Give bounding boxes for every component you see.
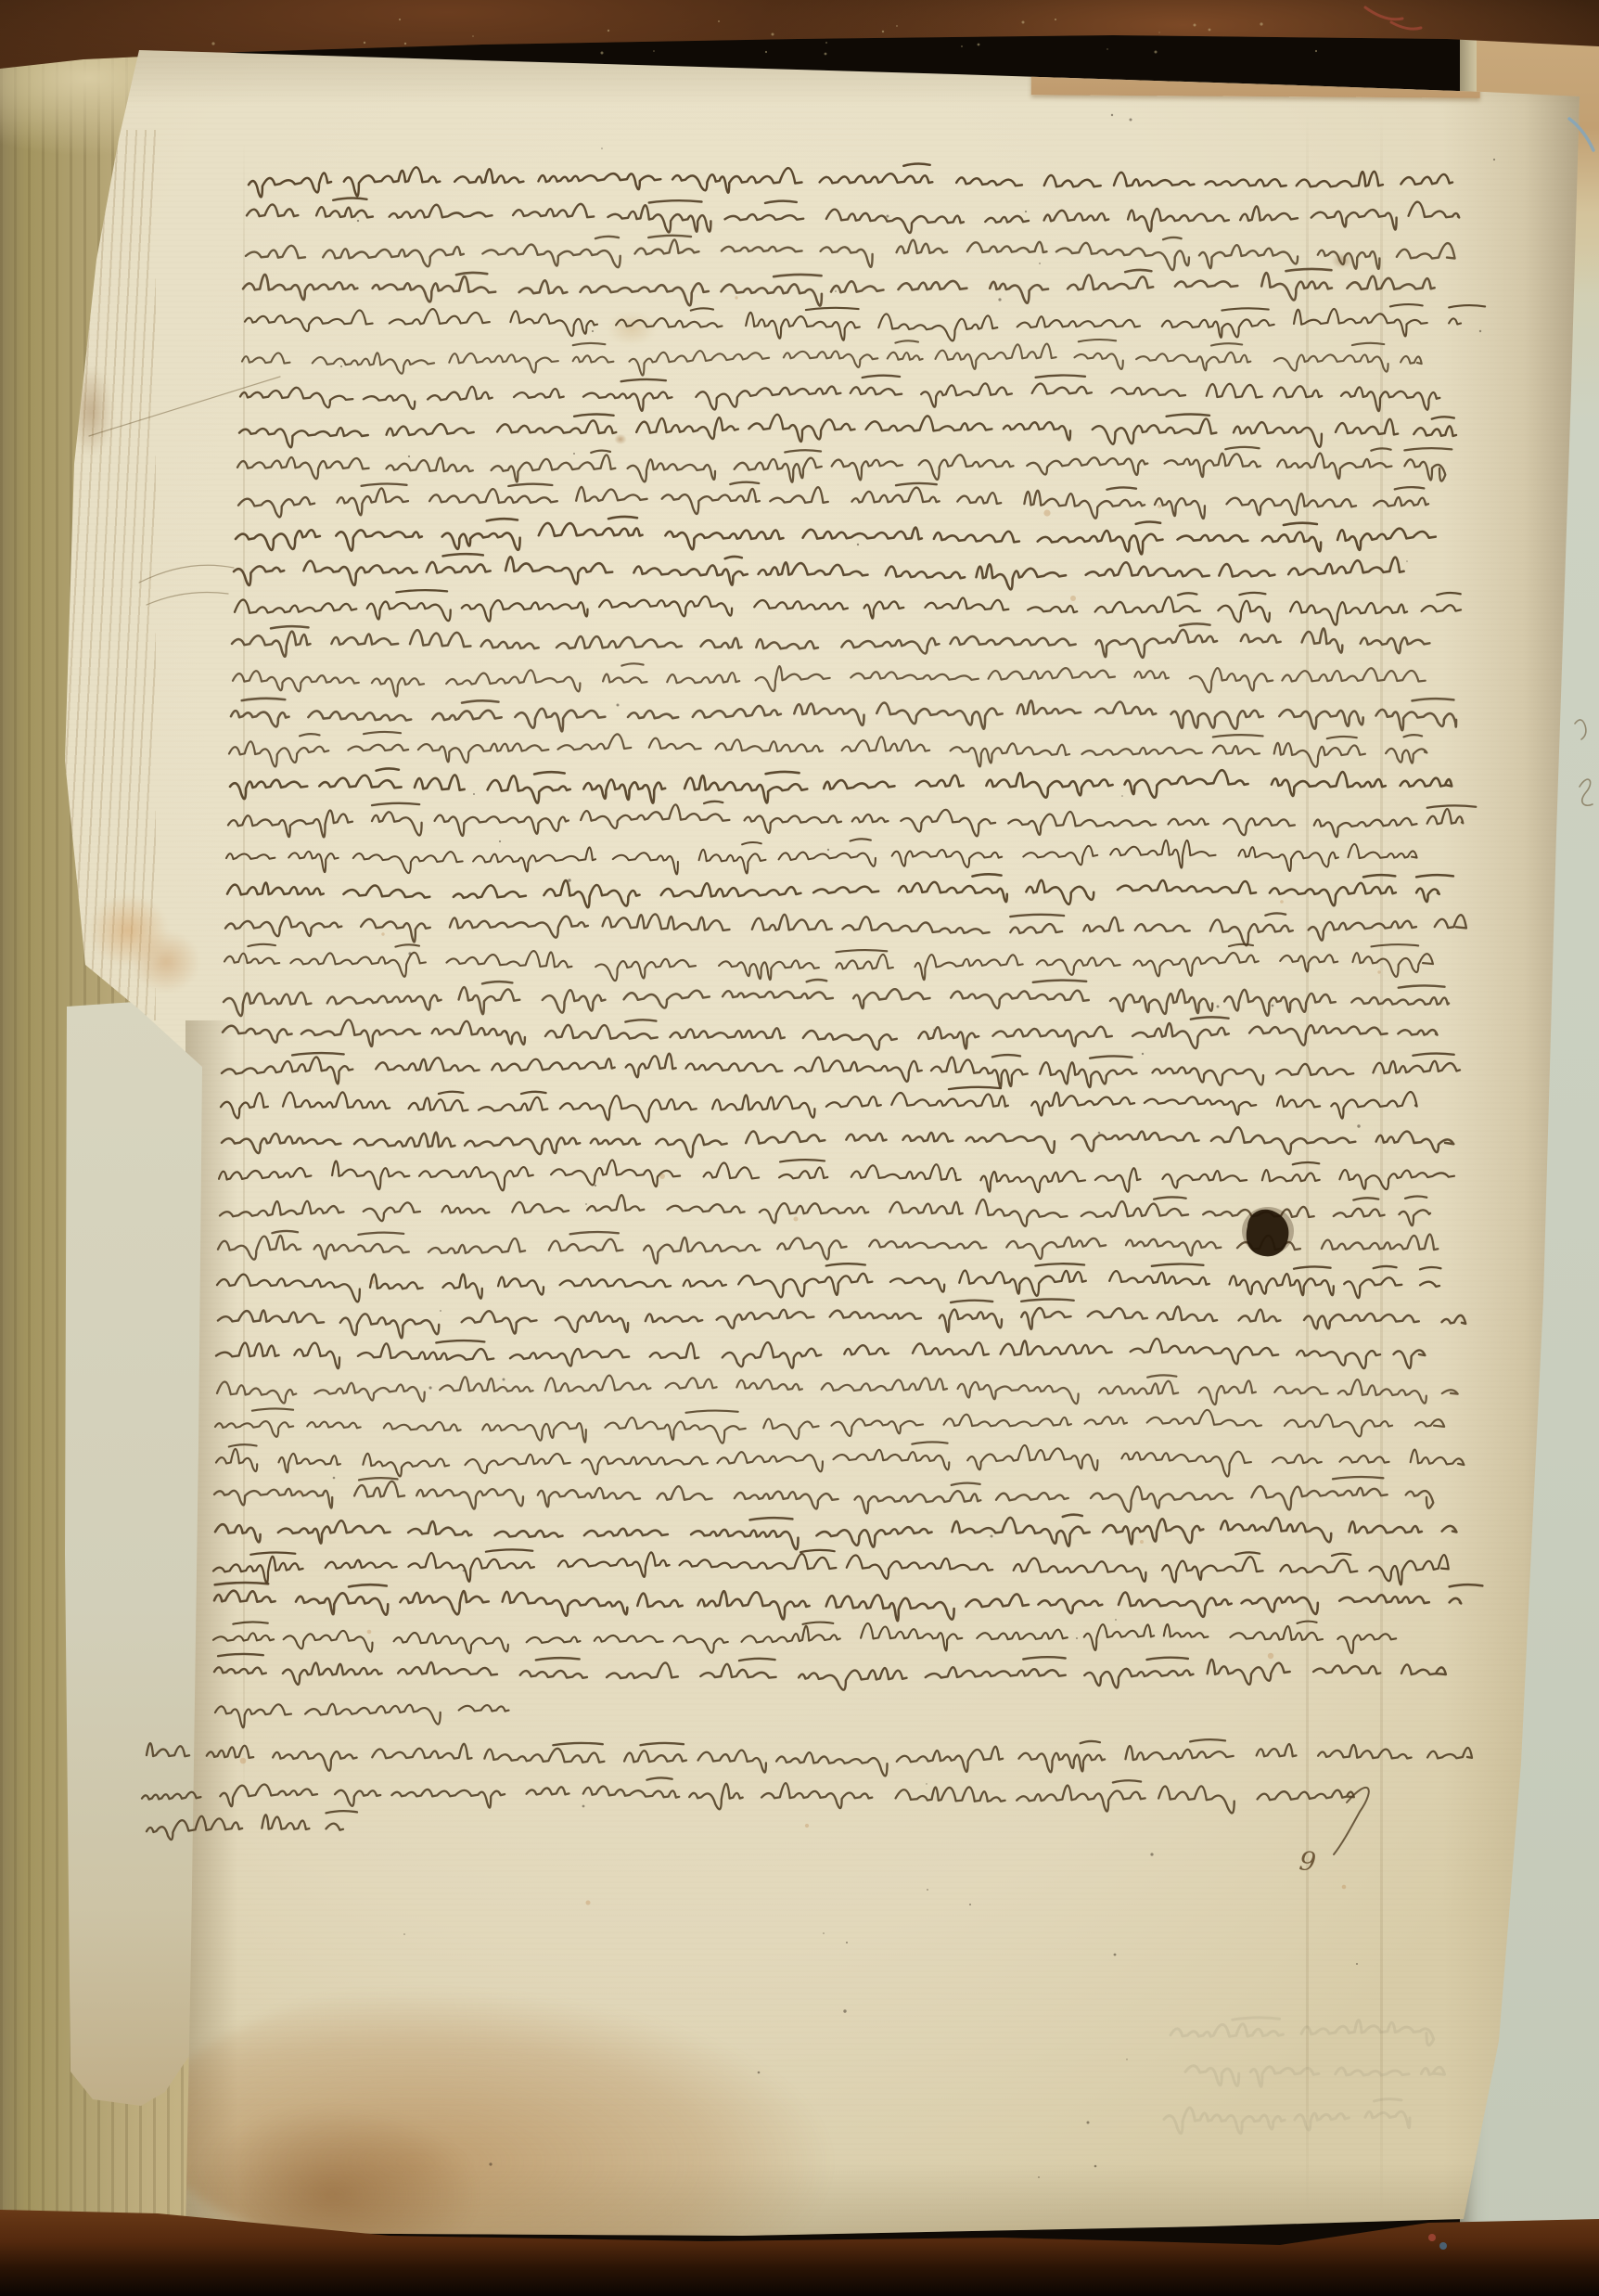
vertical-fold-crease [1380, 111, 1383, 2217]
paper-texture [0, 0, 1599, 2296]
paper-slip-under-page [65, 997, 204, 2106]
margin-rule-crease [243, 139, 245, 1809]
manuscript-photo: 9 [0, 0, 1599, 2296]
vertical-fold-crease [1306, 111, 1309, 2217]
manuscript-page [0, 0, 1599, 2296]
quire-mark: 9 [1298, 1845, 1317, 1878]
repair-strip [1031, 39, 1480, 97]
